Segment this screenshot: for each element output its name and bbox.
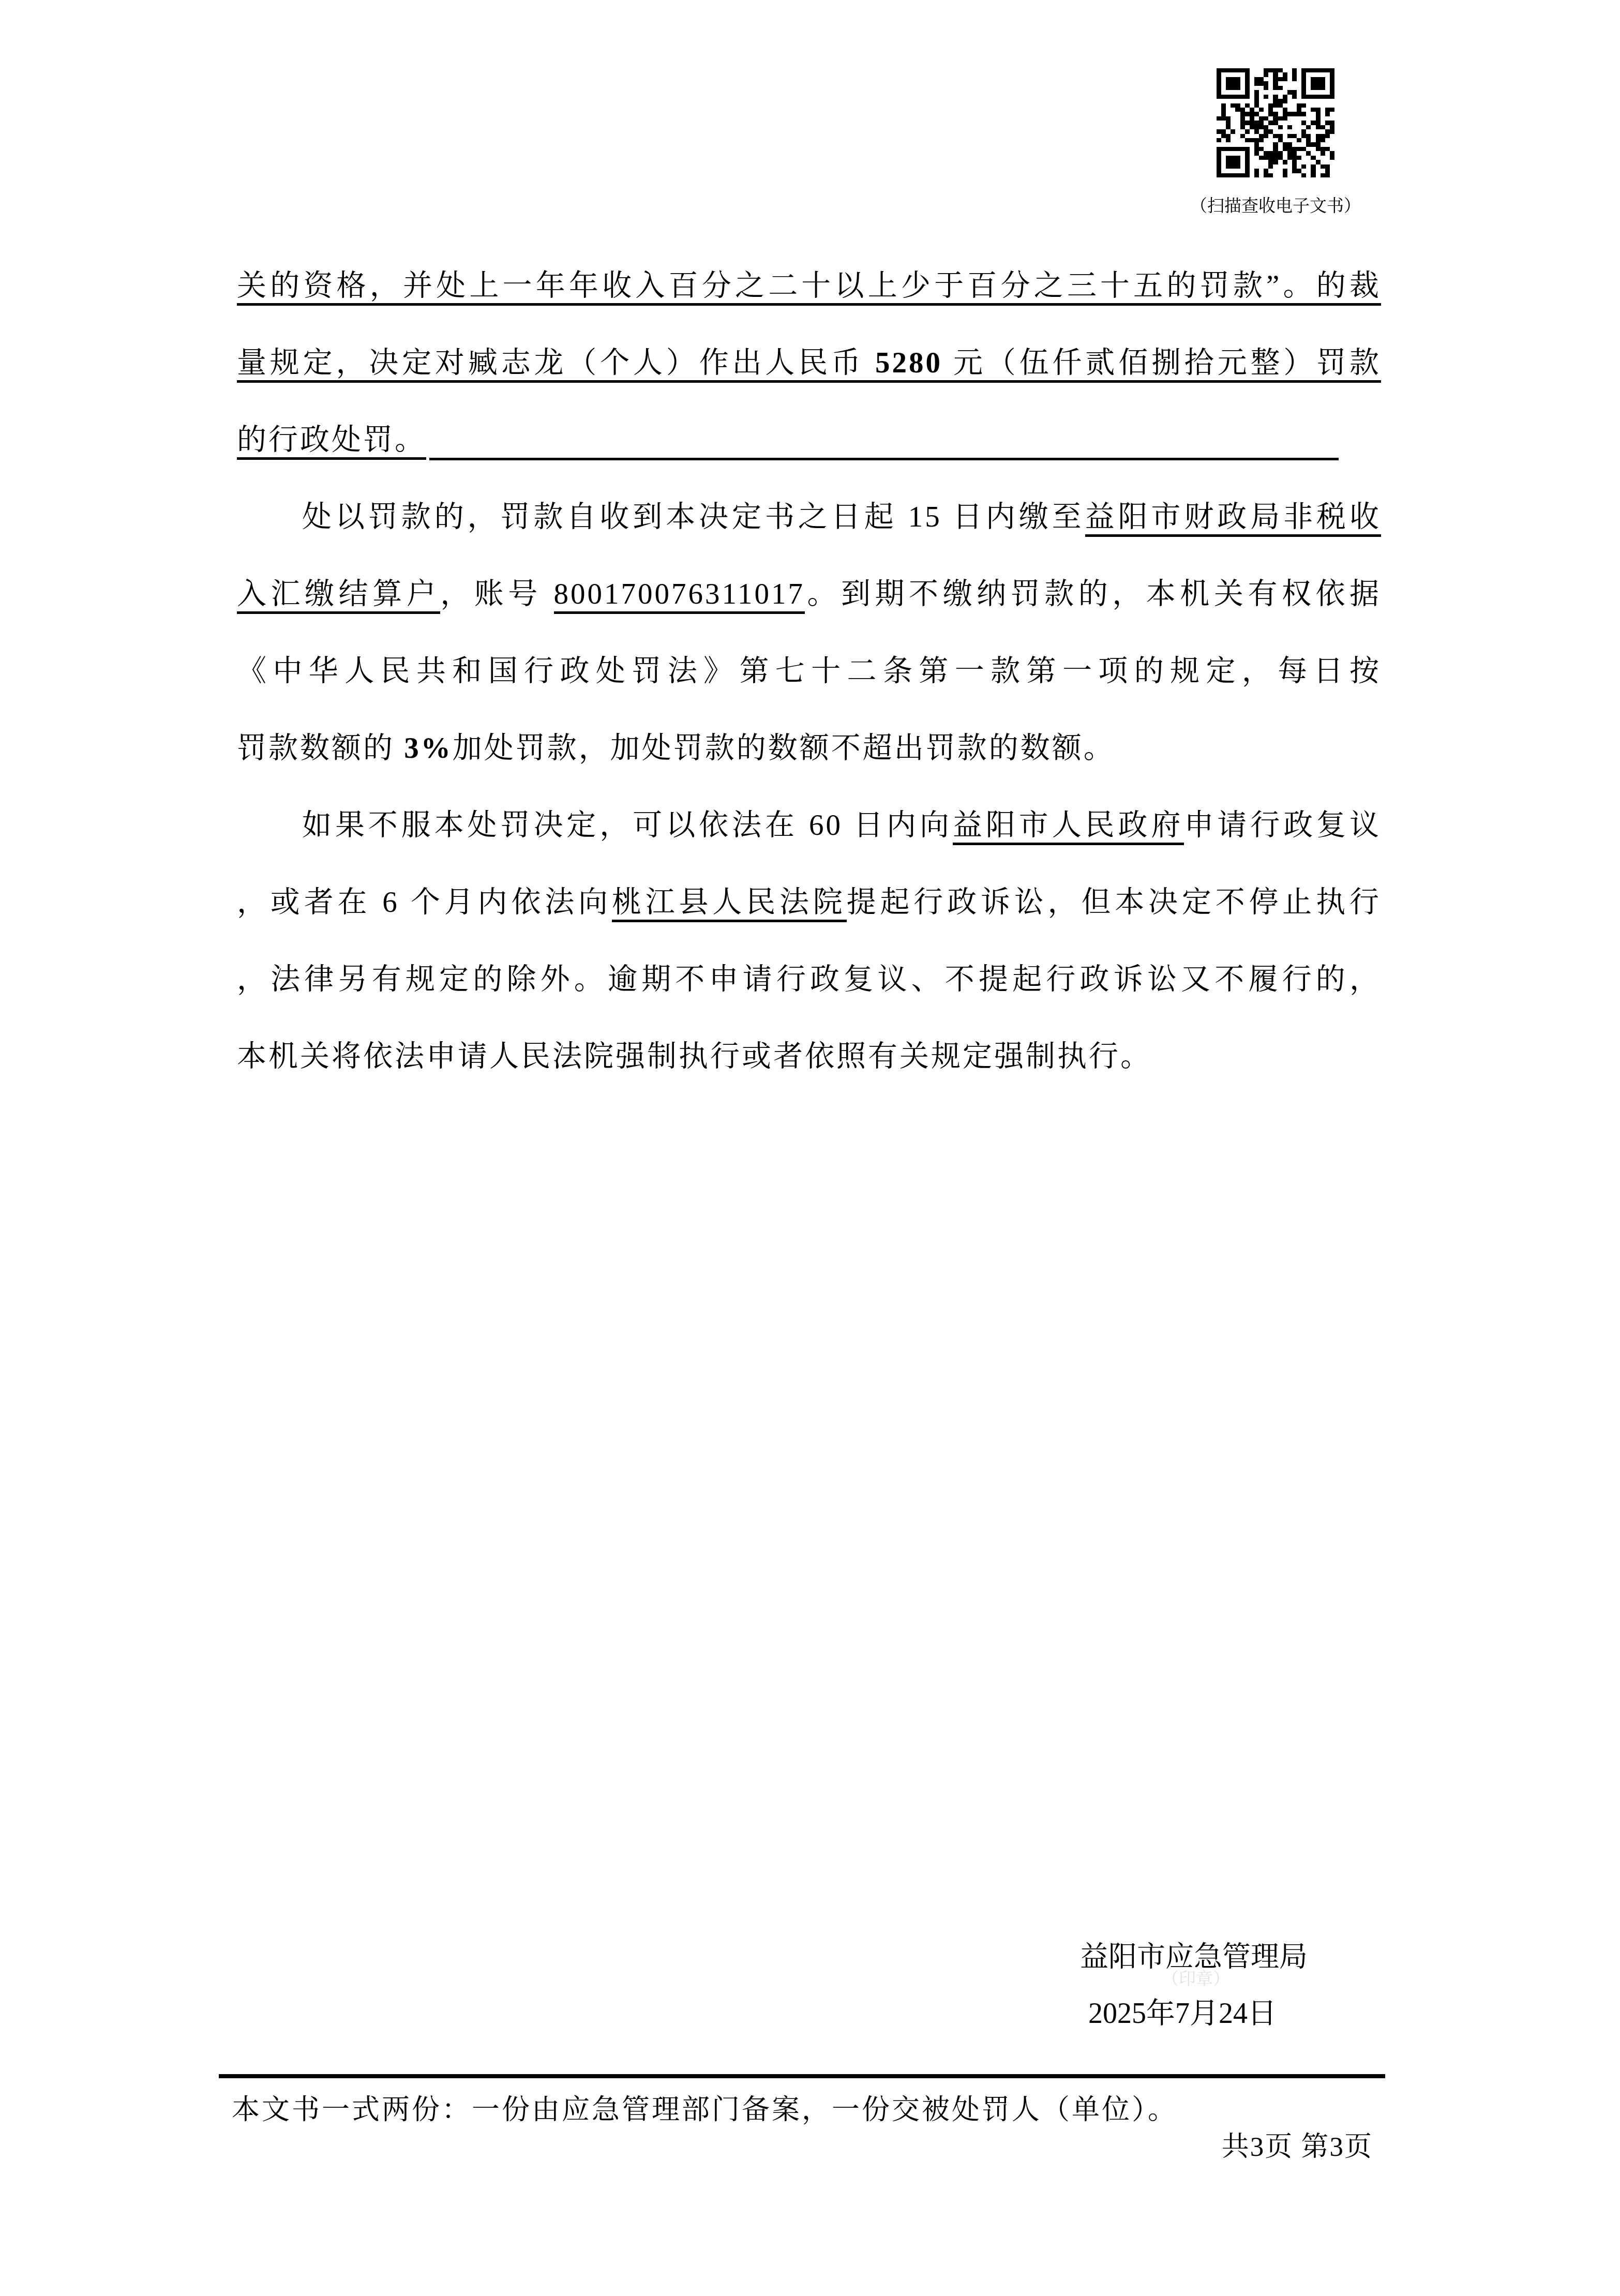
- underlined-text: 的行政处罚。: [237, 424, 426, 460]
- qr-caption: （扫描查收电子文书）: [1184, 192, 1367, 217]
- para3-line2: ，或者在 6 个月内依法向桃江县人民法院提起行政诉讼，但本决定不停止执行: [237, 864, 1381, 941]
- fine-amount: 5280: [875, 347, 942, 379]
- page-number: 共3页 第3页: [1222, 2125, 1373, 2164]
- text-segment: 如果不服本处罚决定，可以依法在 60 日内向: [302, 809, 953, 842]
- para2-line3: 《中华人民共和国行政处罚法》第七十二条第一款第一项的规定，每日按: [237, 633, 1381, 710]
- text-segment: ，或者在 6 个月内依法向: [237, 886, 612, 919]
- decision-date: 2025年7月24日: [1088, 1990, 1277, 2032]
- text-segment: 罚款数额的: [237, 732, 404, 764]
- footer-note: 本文书一式两份：一份由应急管理部门备案，一份交被处罚人（单位）。: [232, 2088, 1178, 2127]
- para3-line4: 本机关将依法申请人民法院强制执行或者依照有关规定强制执行。: [237, 1018, 1381, 1095]
- text-segment: ，法律另有规定的除外。逾期不申请行政复议、不提起行政诉讼又不履行的，: [237, 963, 1381, 996]
- text-segment: 元（伍仟贰佰捌拾元整）罚款: [942, 347, 1381, 379]
- para2-line2: 入汇缴结算户，账号 800170076311017。到期不缴纳罚款的，本机关有权…: [237, 556, 1381, 633]
- para3-line3: ，法律另有规定的除外。逾期不申请行政复议、不提起行政诉讼又不履行的，: [237, 941, 1381, 1018]
- text-segment: 。到期不缴纳罚款的，本机关有权依据: [805, 578, 1381, 610]
- para2-line4: 罚款数额的 3%加处罚款，加处罚款的数额不超出罚款的数额。: [237, 710, 1381, 787]
- para1-line2: 量规定，决定对臧志龙（个人）作出人民币 5280 元（伍仟贰佰捌拾元整）罚款: [237, 324, 1381, 401]
- text-segment: 提起行政诉讼，但本决定不停止执行: [847, 886, 1381, 919]
- account-number-underlined: 800170076311017: [554, 578, 805, 614]
- decision-body-text: 关的资格，并处上一年年收入百分之二十以上少于百分之三十五的罚款”。的裁 量规定，…: [237, 247, 1381, 1095]
- text-segment: 加处罚款，加处罚款的数额不超出罚款的数额。: [453, 732, 1115, 764]
- text-segment: 量规定，决定对臧志龙（个人）作出人民币: [237, 347, 875, 379]
- underlined-text: 量规定，决定对臧志龙（个人）作出人民币 5280 元（伍仟贰佰捌拾元整）罚款: [237, 347, 1381, 383]
- footer-divider: [219, 2074, 1385, 2078]
- text-segment: 申请行政复议: [1184, 809, 1381, 842]
- text-segment: 本机关将依法申请人民法院强制执行或者依照有关规定强制执行。: [237, 1040, 1152, 1073]
- underlined-text: 关的资格，并处上一年年收入百分之二十以上少于百分之三十五的罚款”。的裁: [237, 269, 1381, 306]
- penalty-decision-page: （扫描查收电子文书） 关的资格，并处上一年年收入百分之二十以上少于百分之三十五的…: [0, 0, 1620, 2296]
- para3-line1: 如果不服本处罚决定，可以依法在 60 日内向益阳市人民政府申请行政复议: [237, 787, 1381, 864]
- para2-line1: 处以罚款的，罚款自收到本决定书之日起 15 日内缴至益阳市财政局非税收: [237, 478, 1381, 556]
- daily-surcharge-rate: 3%: [404, 732, 453, 764]
- text-segment: 《中华人民共和国行政处罚法》第七十二条第一款第一项的规定，每日按: [237, 655, 1381, 687]
- court-name-underlined: 桃江县人民法院: [612, 886, 847, 922]
- review-authority-underlined: 益阳市人民政府: [953, 809, 1184, 845]
- para1-line1: 关的资格，并处上一年年收入百分之二十以上少于百分之三十五的罚款”。的裁: [237, 247, 1381, 324]
- blank-underline-extension: [429, 458, 1339, 460]
- qr-code-image: [1217, 68, 1334, 177]
- qr-code: [1217, 68, 1334, 177]
- text-segment: 处以罚款的，罚款自收到本决定书之日起 15 日内缴至: [302, 501, 1085, 533]
- seal-placeholder: （印章）: [1162, 1965, 1230, 1990]
- text-segment: ，账号: [440, 578, 553, 610]
- payee-name-underlined: 益阳市财政局非税收: [1085, 501, 1381, 537]
- para1-line3: 的行政处罚。: [237, 401, 1381, 478]
- payee-name-underlined: 入汇缴结算户: [237, 578, 440, 614]
